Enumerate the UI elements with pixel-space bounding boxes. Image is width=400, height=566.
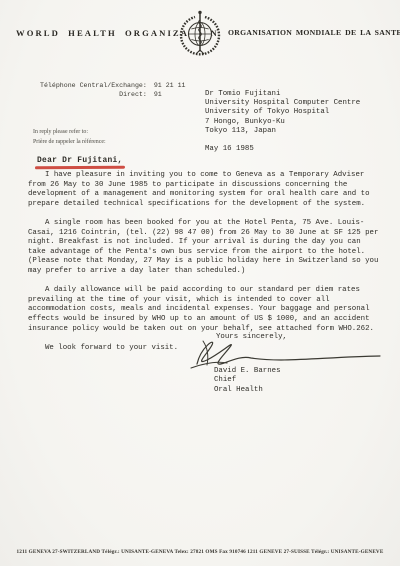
letter-page: WORLD HEALTH ORGANIZATION ORGANISATION M… <box>0 0 400 566</box>
who-emblem-icon <box>178 10 222 61</box>
paragraph-allowance: A daily allowance will be paid according… <box>28 286 380 334</box>
sender-title: Chief <box>214 376 281 385</box>
sender-unit: Oral Health <box>214 386 281 395</box>
recipient-org: University of Tokyo Hospital <box>205 108 360 117</box>
recipient-address: Dr Tomio Fujitani University Hospital Co… <box>205 90 360 136</box>
letterhead-footer: 1211 GENEVA 27-SWITZERLAND Télégr.: UNIS… <box>0 549 400 555</box>
org-title-french: ORGANISATION MONDIALE DE LA SANTE <box>228 28 388 37</box>
recipient-name: Dr Tomio Fujitani <box>205 90 360 99</box>
reference-block: In reply please refer to: Prière de rapp… <box>33 127 106 147</box>
red-marker-underline <box>35 166 125 170</box>
letter-date: May 16 1985 <box>205 145 254 153</box>
direct-label: Direct: <box>40 91 147 100</box>
reference-line-english: In reply please refer to: <box>33 127 106 137</box>
paragraph-invitation: I have pleasure in inviting you to come … <box>28 171 380 209</box>
sender-name: David E. Barnes <box>214 367 281 376</box>
contact-block: Téléphone Central/Exchange: 91 21 11 Dir… <box>40 82 186 99</box>
direct-number: 91 <box>154 91 186 100</box>
signature-block: David E. Barnes Chief Oral Health <box>214 367 281 395</box>
recipient-street: 7 Hongo, Bunkyo-Ku <box>205 118 360 127</box>
paragraph-hotel: A single room has been booked for you at… <box>28 219 380 277</box>
recipient-dept: University Hospital Computer Centre <box>205 99 360 108</box>
exchange-label: Téléphone Central/Exchange: <box>40 82 147 91</box>
salutation: Dear Dr Fujitani, <box>37 156 123 165</box>
reference-line-french: Prière de rappeler la référence: <box>33 137 106 147</box>
recipient-city: Tokyo 113, Japan <box>205 127 360 136</box>
exchange-number: 91 21 11 <box>154 82 186 91</box>
